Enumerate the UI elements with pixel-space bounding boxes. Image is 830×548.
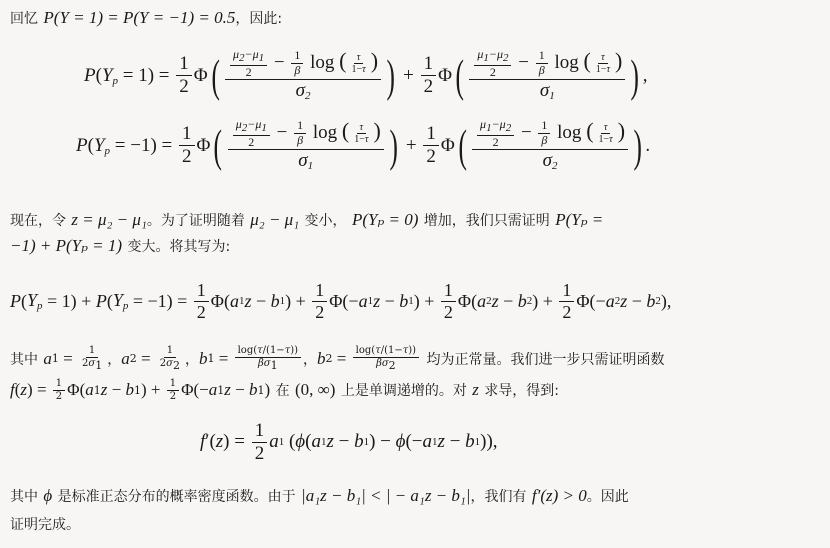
text: 回忆	[10, 11, 38, 27]
paragraph-3-line-1: 其中 a1 = 12σ1， a2 = 12σ2， b1 = log(τ/(1−τ…	[10, 345, 665, 372]
text: 其中	[10, 489, 38, 505]
text: 其中	[10, 349, 38, 369]
math-inline: −1) + P(Yₚ = 1)	[10, 236, 122, 255]
paragraph-3-line-2: f(z) = 12Φ(a1z − b1) + 12Φ(−a1z − b1) 在 …	[10, 378, 559, 402]
text: 均为正常量。我们进一步只需证明函数	[427, 349, 665, 369]
text: 。因此	[587, 489, 629, 505]
text: 证明完成。	[10, 517, 80, 533]
math-inline: ϕ	[43, 486, 52, 505]
paragraph-4-line-1: 其中 ϕ 是标准正态分布的概率密度函数。由于 |a₁z − b₁| < | − …	[10, 486, 629, 506]
math-inline: |a₁z − b₁| < | − a₁z − b₁|	[301, 486, 470, 505]
text: ，因此:	[235, 11, 282, 27]
paragraph-2-line-1: 现在，令 z = μ₂ − μ₁。为了证明随着 μ₂ − μ₁ 变小， P(Yₚ…	[10, 210, 603, 230]
equation-p-yp-minus1: P(Yp = −1) = 12Φ ( μ2−μ12 − 1β log (τ1−τ…	[76, 118, 650, 173]
intro-line: 回忆 P(Y = 1) = P(Y = −1) = 0.5，因此:	[10, 8, 282, 28]
text: 上是单调递增的。对	[341, 380, 467, 400]
text: 在	[276, 380, 290, 400]
text: 现在，令	[10, 213, 66, 229]
equation-p-yp-1: P(Yp = 1) = 12Φ ( μ2−μ12 − 1β log (τ1−τ)…	[84, 48, 647, 103]
paragraph-2-line-2: −1) + P(Yₚ = 1) 变大。将其写为:	[10, 236, 230, 256]
text: ，我们有	[470, 489, 526, 505]
text: 增加，我们只需证明	[424, 213, 550, 229]
math-inline: z = μ₂ − μ₁	[71, 210, 146, 229]
text: 求导，得到:	[484, 380, 559, 400]
text: 是标准正态分布的概率密度函数。由于	[58, 489, 296, 505]
math-inline: (0, ∞)	[295, 380, 335, 400]
text: 变大。将其写为:	[127, 239, 230, 255]
equation-sum: P(Yp = 1) + P(Yp = −1) = 12Φ(a1z − b1) +…	[10, 280, 671, 322]
text: 变小，	[305, 213, 347, 229]
math-inline: μ₂ − μ₁	[250, 210, 299, 229]
math-inline: P(Yₚ =	[555, 210, 603, 229]
math-inline: P(Yₚ = 0)	[352, 210, 418, 229]
equation-derivative: f′(z) = 12a1 (ϕ(a1z − b1) − ϕ(−a1z − b1)…	[200, 420, 498, 465]
text: 。为了证明随着	[147, 213, 245, 229]
math-inline: P(Y = 1) = P(Y = −1) = 0.5	[43, 8, 235, 27]
math-inline: f′(z) > 0	[532, 486, 587, 505]
paragraph-4-line-2: 证明完成。	[10, 514, 80, 534]
math-inline: z	[472, 380, 479, 400]
